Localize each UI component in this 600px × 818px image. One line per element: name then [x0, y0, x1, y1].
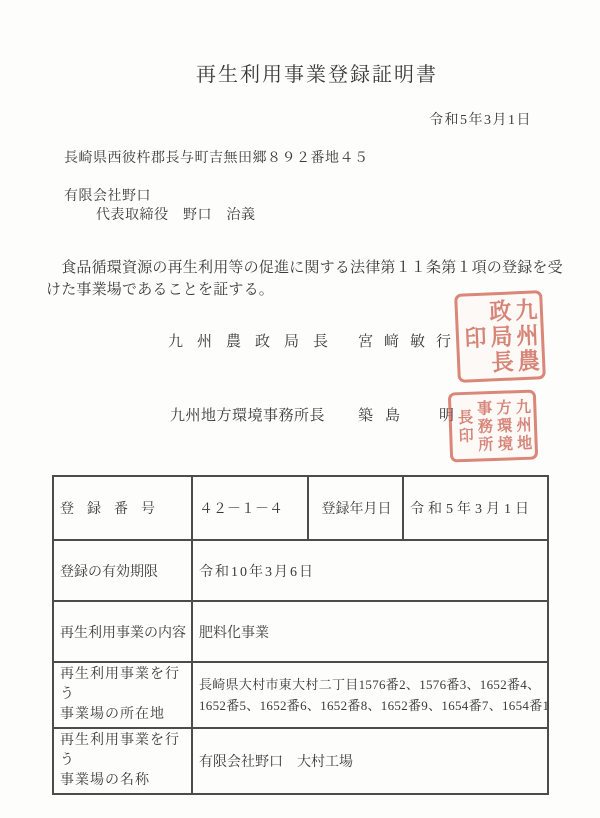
signer1-name: 宮﨑敏行 [358, 330, 462, 351]
table-row-site-address: 再生利用事業を行う 事業場の所在地 長崎県大村市東大村二丁目1576番2、157… [53, 662, 548, 728]
seal-text-column: 九州地 [514, 398, 531, 453]
site-address-label: 再生利用事業を行う 事業場の所在地 [53, 662, 192, 728]
recipient-representative: 代表取締役 野口 治義 [96, 204, 256, 224]
registration-number-value: ４２－１－４ [192, 476, 308, 540]
seal-text-column: 政局長 [487, 298, 512, 375]
site-address-value-line-1: 長崎県大村市東大村二丁目1576番2、1576番3、1652番4、 [199, 674, 543, 695]
official-seal-env-office-icon: 九州地 方環境 事務所 長印 [448, 389, 538, 462]
business-type-label: 再生利用事業の内容 [53, 601, 192, 662]
registration-date-label: 登録年月日 [308, 476, 403, 540]
recipient-address: 長崎県西彼杵郡長与町吉無田郷８９２番地４５ [64, 147, 369, 167]
certificate-page: 再生利用事業登録証明書 令和5年3月1日 長崎県西彼杵郡長与町吉無田郷８９２番地… [0, 0, 600, 818]
body-text-line-1: 食品循環資源の再生利用等の促進に関する法律第１１条第１項の登録を受 [46, 256, 563, 277]
site-address-value-line-2: 1652番5、1652番6、1652番8、1652番9、1654番7、1654番… [199, 695, 543, 716]
site-name-label-line-1: 再生利用事業を行う [60, 731, 187, 771]
issue-date: 令和5年3月1日 [429, 109, 532, 129]
registration-table: 登録番号 ４２－１－４ 登録年月日 令和5年3月1日 登録の有効期限 令和10年… [52, 475, 549, 795]
seal-text-column: 方環境 [494, 398, 511, 453]
site-address-label-line-1: 再生利用事業を行う [60, 665, 187, 705]
registration-number-label: 登録番号 [53, 476, 192, 540]
validity-value: 令和10年3月6日 [192, 540, 548, 601]
signer2-title: 九州地方環境事務所長 [170, 404, 325, 425]
site-name-label: 再生利用事業を行う 事業場の名称 [53, 728, 192, 794]
site-address-label-line-2: 事業場の所在地 [60, 705, 187, 725]
table-row-site-name: 再生利用事業を行う 事業場の名称 有限会社野口 大村工場 [53, 728, 548, 794]
recipient-company: 有限会社野口 [64, 185, 151, 205]
page-title: 再生利用事業登録証明書 [196, 58, 438, 87]
business-type-value: 肥料化事業 [192, 601, 548, 662]
validity-label: 登録の有効期限 [53, 540, 192, 601]
site-address-value: 長崎県大村市東大村二丁目1576番2、1576番3、1652番4、 1652番5… [192, 662, 548, 728]
seal-text-column: 事務所 [475, 399, 492, 454]
table-row-validity: 登録の有効期限 令和10年3月6日 [53, 540, 548, 601]
site-name-value: 有限会社野口 大村工場 [192, 728, 548, 794]
body-text-line-2: けた事業場であることを証する。 [46, 278, 274, 299]
seal-text-column: 長印 [456, 409, 472, 446]
table-row-registration-number: 登録番号 ４２－１－４ 登録年月日 令和5年3月1日 [53, 476, 548, 540]
table-row-business-type: 再生利用事業の内容 肥料化事業 [53, 601, 548, 662]
signer1-title: 九州農政局長 [168, 330, 342, 351]
seal-text-column: 九州農 [513, 297, 538, 374]
registration-date-value: 令和5年3月1日 [403, 476, 548, 540]
official-seal-agri-bureau-icon: 九州農 政局長 印 [454, 290, 546, 383]
seal-text-column: 印 [462, 324, 485, 350]
site-name-label-line-2: 事業場の名称 [60, 771, 187, 791]
